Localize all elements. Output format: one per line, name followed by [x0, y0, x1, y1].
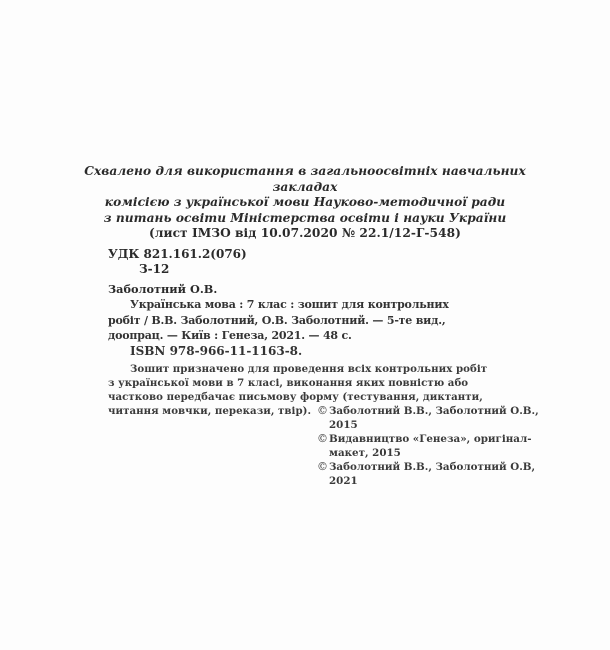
copyright-icon: ©: [317, 432, 328, 446]
approval-notice: Схвалено для використання в загальноосві…: [60, 164, 550, 242]
copyright-year: 2021: [329, 474, 547, 488]
copyright-line: Заболотний В.В., Заболотний О.В,: [329, 460, 547, 474]
approval-line: Схвалено для використання в загальноосві…: [60, 164, 550, 195]
copyright-icon: ©: [317, 404, 328, 418]
copyright-icon: ©: [317, 460, 328, 474]
biblio-line: доопрац. — Київ : Генеза, 2021. — 48 с.: [108, 328, 508, 344]
bibliographic-description: Українська мова : 7 клас : зошит для кон…: [108, 297, 508, 344]
copyright-line: Видавництво «Генеза», оригінал-: [329, 432, 547, 446]
copyright-block: © Заболотний В.В., Заболотний О.В., 2015…: [317, 404, 547, 488]
approval-line: комісією з української мови Науково-мето…: [60, 195, 550, 211]
annotation-line: з української мови в 7 класі, виконання …: [108, 376, 508, 390]
author-code: З-12: [108, 262, 508, 277]
author-heading: Заболотний О.В.: [108, 282, 508, 297]
isbn: ISBN 978-966-11-1163-8.: [108, 344, 508, 359]
approval-letter-reference: (лист ІМЗО від 10.07.2020 № 22.1/12-Г-54…: [60, 226, 550, 242]
biblio-line: робіт / В.В. Заболотний, О.В. Заболотний…: [108, 313, 508, 329]
copyright-item: © Заболотний В.В., Заболотний О.В, 2021: [317, 460, 547, 488]
copyright-item: © Заболотний В.В., Заболотний О.В., 2015: [317, 404, 547, 432]
annotation-line: частково передбачає письмову форму (тест…: [108, 390, 508, 404]
biblio-line: Українська мова : 7 клас : зошит для кон…: [108, 297, 508, 313]
approval-line: з питань освіти Міністерства освіти і на…: [60, 211, 550, 227]
udk-code: УДК 821.161.2(076): [108, 247, 508, 262]
copyright-item: © Видавництво «Генеза», оригінал- макет,…: [317, 432, 547, 460]
annotation-line: Зошит призначено для проведення всіх кон…: [108, 362, 508, 376]
copyright-line: Заболотний В.В., Заболотний О.В.,: [329, 404, 547, 418]
copyright-year: макет, 2015: [329, 446, 547, 460]
catalog-record: УДК 821.161.2(076) З-12 Заболотний О.В. …: [108, 247, 508, 418]
copyright-year: 2015: [329, 418, 547, 432]
